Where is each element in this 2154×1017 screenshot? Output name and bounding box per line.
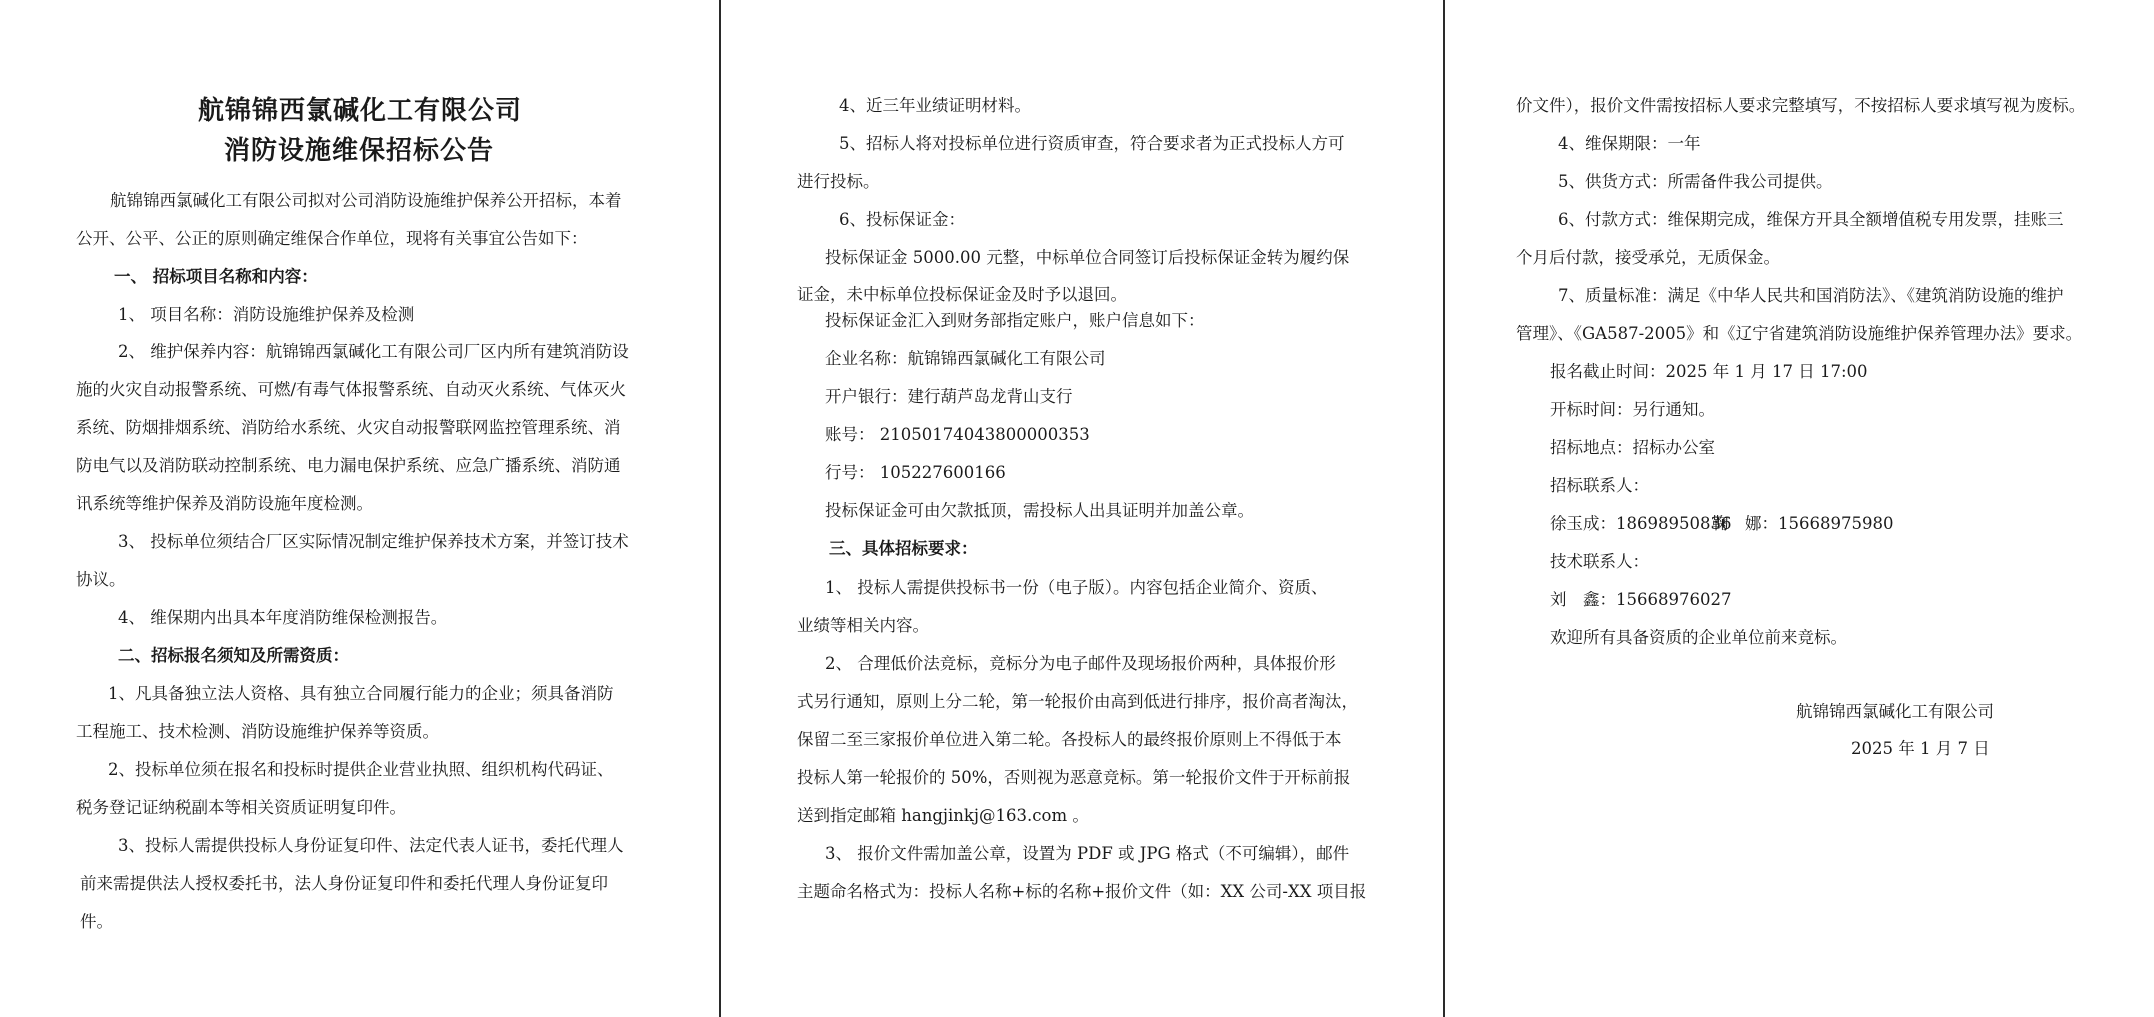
item-2-5-line-1: 5、招标人将对投标单位进行资质审查，符合要求者为正式投标人方可	[839, 133, 1345, 155]
item-1-2-line-1: 2、 维护保养内容：航锦锦西氯碱化工有限公司厂区内所有建筑消防设	[118, 341, 629, 363]
deposit-line-2: 证金，未中标单位投标保证金及时予以退回。	[797, 284, 1127, 306]
page-1: 航锦锦西氯碱化工有限公司 消防设施维保招标公告 航锦锦西氯碱化工有限公司拟对公司…	[0, 0, 719, 1017]
item-3-4-maintenance-period: 4、维保期限：一年	[1558, 133, 1701, 155]
page-3: 价文件），报价文件需按招标人要求完整填写，不按招标人要求填写视为废标。 4、维保…	[1445, 0, 2154, 1017]
opening-time: 开标时间：另行通知。	[1550, 399, 1715, 421]
item-2-2-line-1: 2、投标单位须在报名和投标时提供企业营业执照、组织机构代码证、	[108, 759, 614, 781]
item-3-6-payment-line-2: 个月后付款，接受承兑，无质保金。	[1516, 247, 1780, 269]
tender-contact-label: 招标联系人：	[1550, 475, 1649, 497]
item-3-6-payment-line-1: 6、付款方式：维保期完成，维保方开具全额增值税专用发票，挂账三	[1558, 209, 2064, 231]
item-3-3-line-3: 价文件），报价文件需按招标人要求完整填写，不按招标人要求填写视为废标。	[1516, 95, 2085, 117]
item-1-1: 1、 项目名称：消防设施维护保养及检测	[118, 304, 414, 326]
item-1-3-line-1: 3、 投标单位须结合厂区实际情况制定维护保养技术方案，并签订技术	[118, 531, 629, 553]
bank-code: 行号： 105227600166	[825, 462, 1006, 484]
item-3-2-line-1: 2、 合理低价法竞标，竞标分为电子邮件及现场报价两种，具体报价形	[825, 653, 1336, 675]
page-2: 4、近三年业绩证明材料。 5、招标人将对投标单位进行资质审查，符合要求者为正式投…	[721, 0, 1443, 1017]
item-3-2-line-2: 式另行通知，原则上分二轮，第一轮报价由高到低进行排序，报价高者淘汰，	[797, 691, 1358, 713]
intro-line-1: 航锦锦西氯碱化工有限公司拟对公司消防设施维护保养公开招标，本着	[110, 190, 622, 212]
section-heading-3: 三、具体招标要求：	[829, 538, 978, 560]
item-1-2-line-3: 系统、防烟排烟系统、消防给水系统、火灾自动报警联网监控管理系统、消	[76, 417, 621, 439]
item-2-1-line-2: 工程施工、技术检测、消防设施维护保养等资质。	[76, 721, 439, 743]
contact-ju-na: 鞠 娜：15668975980	[1712, 513, 1893, 535]
item-2-5-line-2: 进行投标。	[797, 171, 880, 193]
item-3-2-line-3: 保留二至三家报价单位进入第二轮。各投标人的最终报价原则上不得低于本	[797, 729, 1342, 751]
item-2-4: 4、近三年业绩证明材料。	[839, 95, 1031, 117]
tender-location: 招标地点：招标办公室	[1550, 437, 1715, 459]
section-heading-2: 二、招标报名须知及所需资质：	[118, 645, 349, 667]
signature-company: 航锦锦西氯碱化工有限公司	[1796, 701, 1994, 723]
item-2-3-line-1: 3、投标人需提供投标人身份证复印件、法定代表人证书，委托代理人	[118, 835, 624, 857]
item-3-3-line-2: 主题命名格式为：投标人名称+标的名称+报价文件（如：XX 公司-XX 项目报	[797, 881, 1366, 903]
deposit-account-intro: 投标保证金汇入到财务部指定账户，账户信息如下：	[825, 310, 1205, 332]
item-3-7-quality-line-2: 管理》、《GA587-2005》和《辽宁省建筑消防设施维护保养管理办法》要求。	[1516, 323, 2082, 345]
bank-company-name: 企业名称：航锦锦西氯碱化工有限公司	[825, 348, 1106, 370]
item-3-2-line-4: 投标人第一轮报价的 50%，否则视为恶意竞标。第一轮报价文件于开标前报	[797, 767, 1350, 789]
item-3-5-supply-method: 5、供货方式：所需备件我公司提供。	[1558, 171, 1833, 193]
bank-account-number: 账号： 21050174043800000353	[825, 424, 1090, 446]
signature-date: 2025 年 1 月 7 日	[1851, 738, 1990, 760]
deposit-line-1: 投标保证金 5000.00 元整，中标单位合同签订后投标保证金转为履约保	[825, 247, 1349, 269]
registration-deadline: 报名截止时间：2025 年 1 月 17 日 17:00	[1550, 361, 1868, 383]
item-1-2-line-5: 讯系统等维护保养及消防设施年度检测。	[76, 493, 373, 515]
intro-line-2: 公开、公平、公正的原则确定维保合作单位，现将有关事宜公告如下：	[76, 228, 588, 250]
item-1-2-line-2: 施的火灾自动报警系统、可燃/有毒气体报警系统、自动灭火系统、气体灭火	[76, 379, 626, 401]
contact-xu-yucheng: 徐玉成：18698950836	[1550, 513, 1731, 535]
welcome-note: 欢迎所有具备资质的企业单位前来竞标。	[1550, 627, 1847, 649]
document-title-line-2: 消防设施维保招标公告	[224, 130, 494, 167]
item-2-3-line-2: 前来需提供法人授权委托书，法人身份证复印件和委托代理人身份证复印	[80, 873, 608, 895]
item-1-4: 4、 维保期内出具本年度消防维保检测报告。	[118, 607, 447, 629]
item-3-2-line-5-email: 送到指定邮箱 hangjinkj@163.com 。	[797, 805, 1089, 827]
technical-contact-label: 技术联系人：	[1550, 551, 1649, 573]
contact-liu-xin: 刘 鑫：15668976027	[1550, 589, 1731, 611]
item-2-1-line-1: 1、凡具备独立法人资格、具有独立合同履行能力的企业；须具备消防	[108, 683, 614, 705]
document-title-line-1: 航锦锦西氯碱化工有限公司	[198, 90, 522, 127]
item-3-7-quality-line-1: 7、质量标准：满足《中华人民共和国消防法》、《建筑消防设施的维护	[1558, 285, 2064, 307]
item-3-1-line-2: 业绩等相关内容。	[797, 615, 929, 637]
item-2-6: 6、投标保证金：	[839, 209, 965, 231]
item-3-1-line-1: 1、 投标人需提供投标书一份（电子版）。内容包括企业简介、资质、	[825, 577, 1328, 599]
item-2-3-line-3: 件。	[80, 911, 113, 933]
item-1-3-line-2: 协议。	[76, 569, 126, 591]
bank-name: 开户银行：建行葫芦岛龙背山支行	[825, 386, 1073, 408]
item-1-2-line-4: 防电气以及消防联动控制系统、电力漏电保护系统、应急广播系统、消防通	[76, 455, 621, 477]
section-heading-1: 一、 招标项目名称和内容：	[114, 266, 318, 288]
item-3-3-line-1: 3、 报价文件需加盖公章，设置为 PDF 或 JPG 格式（不可编辑），邮件	[825, 843, 1349, 865]
item-2-2-line-2: 税务登记证纳税副本等相关资质证明复印件。	[76, 797, 406, 819]
deposit-offset-note: 投标保证金可由欠款抵顶，需投标人出具证明并加盖公章。	[825, 500, 1254, 522]
